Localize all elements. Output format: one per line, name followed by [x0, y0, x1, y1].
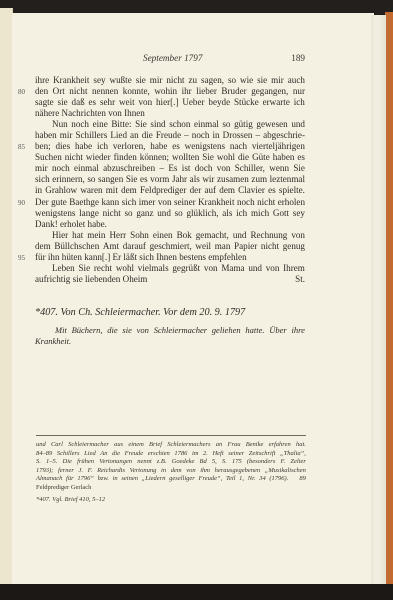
word: geliehen — [212, 325, 241, 336]
word: wenigstens — [185, 141, 225, 152]
word: Sie — [202, 152, 214, 163]
running-title: September 1797 — [143, 53, 202, 63]
word: nicht — [257, 197, 275, 208]
word: Freude — [156, 130, 181, 141]
word: Vertonung — [130, 467, 157, 476]
word: nennt — [137, 458, 151, 467]
word: wenn — [269, 163, 289, 174]
word: Ihrem — [283, 263, 305, 274]
word: 89 — [299, 475, 306, 484]
word: S. — [36, 458, 41, 467]
word: „Liedern — [142, 475, 166, 484]
word: finden — [114, 152, 137, 163]
word: Ort — [53, 86, 65, 97]
word: Gott — [273, 208, 289, 219]
word: einmal — [194, 119, 219, 130]
closing-line: aufrichtig sie liebenden OheimSt. — [35, 274, 305, 285]
text-line: wenigstenslangenichtsoganzundsoglüklich,… — [35, 208, 305, 219]
word: sie — [257, 75, 267, 86]
word: Bitte: — [111, 119, 131, 130]
word: Grahlow — [45, 185, 77, 196]
word: es — [172, 141, 180, 152]
word: Freude“, — [199, 475, 223, 484]
word: (1796). — [269, 475, 288, 484]
line-number: 95 — [18, 253, 25, 264]
word: noch — [71, 119, 89, 130]
word: seiner — [174, 197, 196, 208]
word: Sie — [126, 174, 138, 185]
word: schon — [169, 119, 190, 130]
word: spielte. — [279, 185, 305, 196]
entry-description-line: Krankheit. — [35, 336, 305, 347]
word: vielmals — [138, 263, 169, 274]
text-line: sicherinnern,sosangenSieesvormJahralswir… — [35, 174, 305, 185]
word: an — [130, 130, 139, 141]
word: sich — [35, 174, 50, 185]
word: mir — [60, 130, 73, 141]
word: Die — [63, 458, 72, 467]
word: es — [89, 97, 97, 108]
word: Bruder — [221, 86, 246, 97]
word: gegrüßt — [172, 263, 200, 274]
word: Schiller, — [235, 163, 265, 174]
word: nicht — [65, 152, 83, 163]
word: gute — [51, 197, 67, 208]
text-line: nähere Nachrichten von Ihnen — [35, 108, 305, 119]
word: Heft — [212, 450, 223, 459]
word: so — [175, 208, 183, 219]
word: z.B. — [157, 458, 167, 467]
word: sehr — [100, 97, 115, 108]
word: hier[.] — [156, 97, 178, 108]
word: und — [36, 441, 46, 450]
text-line: 95für ihn hüten kann[.] Er läßt sich Ihn… — [35, 252, 305, 263]
word: Büchern, — [72, 325, 103, 336]
word: gütig — [234, 119, 253, 130]
word: lange — [79, 208, 99, 219]
word: ich — [97, 141, 108, 152]
word: an — [216, 441, 223, 450]
word: Mit — [55, 325, 67, 336]
word: noch — [237, 197, 255, 208]
word: 1793); — [36, 467, 53, 476]
word: waren — [80, 185, 102, 196]
text-line: 85ben;dieshabeichverloren,habeeswenigste… — [35, 141, 305, 152]
word: 1796“ — [77, 475, 94, 484]
word: von — [217, 163, 231, 174]
word: „Musikalischen — [265, 467, 306, 476]
word: zusamen — [217, 174, 249, 185]
word: es — [297, 152, 305, 163]
word: Schleiermachers — [167, 441, 210, 450]
closing-text: aufrichtig sie liebenden Oheim — [35, 274, 147, 285]
word: sagte — [35, 97, 54, 108]
word: habe — [75, 141, 92, 152]
word: 34 — [259, 475, 266, 484]
word: von — [186, 467, 195, 476]
text-line: habenmirSchillersLiedandieFreude–nochinD… — [35, 130, 305, 141]
word: weil — [195, 241, 211, 252]
word: Bd — [200, 458, 207, 467]
footnote-line: 1793);fernerJ.F.ReichardtsVertonungindem… — [36, 467, 306, 476]
word: F. — [281, 458, 286, 467]
word: von — [266, 263, 280, 274]
word: gewesen — [256, 119, 287, 130]
word: leztenmal — [270, 174, 305, 185]
word: Clavier — [238, 185, 265, 196]
word: wieder — [86, 152, 111, 163]
word: Hier — [52, 230, 68, 241]
word: einmal — [74, 163, 99, 174]
word: sey — [93, 75, 105, 86]
word: Krankheit — [53, 75, 89, 86]
word: sey — [293, 208, 305, 219]
word: Suchen — [35, 152, 62, 163]
word: so — [228, 75, 236, 86]
word: mit — [106, 185, 118, 196]
entry-heading: *407. Von Ch. Schleiermacher. Vor dem 20… — [35, 307, 245, 318]
word: mir — [35, 163, 48, 174]
word: eine — [93, 119, 108, 130]
word: Vertonungen — [99, 458, 132, 467]
word: erwarte — [263, 97, 290, 108]
word: Herr — [109, 230, 126, 241]
word: Der — [35, 197, 49, 208]
footnote-line: S.1–5.DiefrühenVertonungennenntz.B.Goede… — [36, 458, 306, 467]
word: einem — [128, 441, 144, 450]
word: wohl — [116, 263, 134, 274]
word: als — [222, 208, 232, 219]
footnote-line: 84–89SchillersLiedAndieFreudeerschien178… — [36, 450, 306, 459]
entry-description-line: MitBüchern,diesievonSchleiermachergelieh… — [35, 325, 305, 336]
book-cover-edge — [385, 12, 393, 587]
word: Güte — [252, 152, 270, 163]
word: 5, — [212, 458, 217, 467]
word: nicht — [166, 75, 184, 86]
word: Jahr — [172, 174, 187, 185]
word: Büllchschen — [54, 241, 99, 252]
word: aus — [114, 441, 123, 450]
word: Brief — [149, 441, 162, 450]
word: darauf — [123, 241, 146, 252]
word: in — [35, 185, 42, 196]
word: die — [238, 152, 249, 163]
word: man — [215, 241, 231, 252]
word: wohin — [154, 86, 177, 97]
word: ben; — [35, 141, 51, 152]
word: Drossen — [223, 130, 253, 141]
word: wollten — [172, 152, 199, 163]
word: ist — [182, 163, 191, 174]
word: Mama — [221, 263, 244, 274]
word: so — [87, 174, 95, 185]
word: Goedeke — [172, 458, 195, 467]
word: geselliger — [169, 475, 195, 484]
text-line: 80denOrtnichtnennenkonnte,wohinihrlieber… — [35, 86, 305, 97]
word: Rechnung — [250, 230, 287, 241]
word: dies — [55, 141, 70, 152]
word: Zelter — [290, 458, 306, 467]
text-line: sagtesiedaßessehrweitvonhier[.]Ueberbeyd… — [35, 97, 305, 108]
word: ihre — [35, 75, 49, 86]
line-number: 90 — [18, 198, 25, 209]
word: Nun — [52, 119, 68, 130]
word: abzuschreiben — [103, 163, 155, 174]
text-line: Dank! erholet habe. — [35, 219, 305, 230]
word: konnte, — [123, 86, 150, 97]
word: ihre — [292, 325, 305, 336]
word: von — [137, 325, 149, 336]
word: in — [161, 467, 166, 476]
word: auch — [288, 75, 305, 86]
entry-description: MitBüchern,diesievonSchleiermachergelieh… — [35, 325, 305, 347]
word: und — [233, 230, 247, 241]
word: Über — [269, 325, 286, 336]
word: nur — [293, 86, 305, 97]
word: Lied — [84, 450, 96, 459]
word: sich — [122, 197, 137, 208]
word: Frau — [227, 441, 240, 450]
word: erholen — [278, 197, 305, 208]
footnote-rule — [36, 435, 306, 436]
word: mir — [150, 75, 163, 86]
text-line: LebenSierechtwohlvielmalsgegrüßtvonMamau… — [35, 263, 305, 274]
word: gegangen, — [251, 86, 288, 97]
word: wie — [240, 75, 253, 86]
word: erinnern, — [52, 174, 85, 185]
word: Schleiermacher — [68, 441, 109, 450]
word: für — [66, 475, 74, 484]
word: recht — [94, 263, 112, 274]
word: doch — [195, 163, 213, 174]
word: können; — [140, 152, 169, 163]
word: dem — [171, 467, 182, 476]
word: wir — [202, 174, 214, 185]
signature: St. — [295, 274, 305, 285]
word: ich — [294, 97, 305, 108]
word: Teil — [226, 475, 236, 484]
word: von — [139, 97, 153, 108]
word: haben — [273, 152, 295, 163]
word: – — [184, 130, 189, 141]
word: zu — [188, 75, 197, 86]
footnote-line: Almanachfür1796“bzw.inseinen„Liederngese… — [36, 475, 306, 484]
footnote-line: undCarlSchleiermacherauseinemBriefSchlei… — [36, 441, 306, 450]
word: 1786 — [174, 450, 187, 459]
word: und — [291, 119, 305, 130]
word: Lied — [110, 130, 127, 141]
text-line: inGrahlowwarenmitdemFeldpredigerderaufde… — [35, 185, 305, 196]
word: die — [107, 325, 117, 336]
word: seiner — [228, 450, 244, 459]
word: Nr. — [248, 475, 256, 484]
word: Sohn — [130, 230, 149, 241]
footnote-line: Feldprediger Gerlach — [36, 484, 306, 493]
word: Feldprediger — [140, 185, 186, 196]
word: Carl — [51, 441, 63, 450]
text-line: HierhatmeinHerrSohneinenBokgemacht,undRe… — [35, 230, 305, 241]
word: der — [190, 185, 202, 196]
word: dem — [35, 241, 51, 252]
word: kann — [101, 197, 119, 208]
text-line: mirnocheinmalabzuschreiben–EsistdochvonS… — [35, 163, 305, 174]
letter-body: ihreKrankheitseywußtesiemirnichtzusagen,… — [35, 75, 305, 285]
word: so — [222, 119, 230, 130]
word: sangen — [98, 174, 123, 185]
word: Ueber — [182, 97, 204, 108]
word: erschien — [148, 450, 170, 459]
word: als — [190, 174, 200, 185]
word: S. — [222, 458, 227, 467]
word: 175 — [232, 458, 242, 467]
word: – — [255, 130, 260, 141]
word: seinen — [121, 475, 138, 484]
word: F. — [88, 467, 93, 476]
word: mich — [251, 208, 269, 219]
word: verloren, — [113, 141, 146, 152]
word: vierteljährigen — [252, 141, 305, 152]
word: An — [100, 450, 107, 459]
word: Sie — [135, 119, 147, 130]
word: beyde — [208, 97, 230, 108]
word: daß — [72, 97, 85, 108]
word: (besonders — [247, 458, 276, 467]
word: nicht — [261, 241, 279, 252]
line-text: Dank! erholet habe. — [35, 219, 107, 230]
word: von — [291, 230, 305, 241]
text-line: Suchennichtwiederfindenkönnen;wolltenSie… — [35, 152, 305, 163]
word: auf — [204, 185, 216, 196]
word: Benike — [246, 441, 264, 450]
word: noch — [192, 130, 210, 141]
text-line: demBüllchschenAmtdaraufgeschmiert,weilma… — [35, 241, 305, 252]
word: genug — [283, 241, 305, 252]
word: Sie — [79, 263, 91, 274]
word: – — [159, 163, 164, 174]
word: Almanach — [36, 475, 62, 484]
word: sie — [58, 97, 68, 108]
word: weit — [119, 97, 135, 108]
word: lieber — [196, 86, 217, 97]
word: nicht — [69, 86, 87, 97]
word: Leben — [52, 263, 75, 274]
word: J. — [79, 467, 84, 476]
word: imer — [139, 197, 156, 208]
word: und — [157, 208, 171, 219]
word: geschmiert, — [150, 241, 192, 252]
text-line: 90DerguteBaethgekannsichimervonseinerKra… — [35, 197, 305, 208]
word: ich — [236, 208, 247, 219]
word: gemacht, — [196, 230, 229, 241]
word: von — [158, 197, 172, 208]
line-number: 85 — [18, 142, 25, 153]
word: Amt — [103, 241, 119, 252]
word: Papier — [234, 241, 257, 252]
line-text: nähere Nachrichten von Ihnen — [35, 108, 145, 119]
word: hat. — [296, 441, 306, 450]
word: glüklich, — [186, 208, 218, 219]
word: Krankheit — [198, 197, 234, 208]
word: Schillers — [75, 130, 107, 141]
word: wohl — [217, 152, 235, 163]
running-header: September 1797 189 — [35, 53, 305, 65]
entry-note: *407. Vgl. Brief 410, 5–12 — [36, 496, 306, 505]
line-text: für ihn hüten kann[.] Er läßt sich Ihnen… — [35, 252, 247, 263]
word: wenigstens — [35, 208, 75, 219]
word: Es — [168, 163, 177, 174]
word: in — [213, 130, 220, 141]
word: von — [204, 263, 218, 274]
word: haben — [35, 130, 57, 141]
word: Schillers — [57, 450, 80, 459]
word: sie — [122, 325, 131, 336]
word: die — [142, 130, 153, 141]
text-line: ihreKrankheitseywußtesiemirnichtzusagen,… — [35, 75, 305, 86]
word: mein — [87, 230, 105, 241]
word: die — [112, 450, 120, 459]
word: Bok — [177, 230, 192, 241]
word: im — [192, 450, 199, 459]
word: Freude — [125, 450, 144, 459]
word: 2. — [203, 450, 208, 459]
word: erfahren — [269, 441, 291, 450]
word: frühen — [77, 458, 94, 467]
word: hat — [72, 230, 83, 241]
word: nennen — [92, 86, 118, 97]
word: dem — [219, 185, 235, 196]
word: nach — [230, 141, 247, 152]
word: herausgegebenen — [215, 467, 260, 476]
word: habe — [150, 141, 167, 152]
word: Reichardts — [97, 467, 125, 476]
background-top — [0, 0, 393, 14]
word: sie — [136, 75, 146, 86]
word: ganz — [136, 208, 153, 219]
word: „Thalia“, — [280, 450, 306, 459]
word: Schleiermacher — [154, 325, 207, 336]
word: den — [35, 86, 48, 97]
footnotes: undCarlSchleiermacherauseinemBriefSchlei… — [36, 441, 306, 505]
word: 1, — [239, 475, 244, 484]
word: sind — [150, 119, 165, 130]
word: zum — [251, 174, 267, 185]
word: dem — [121, 185, 137, 196]
word: mir — [271, 75, 284, 86]
word: sagen, — [201, 75, 224, 86]
word: bzw. — [98, 475, 109, 484]
word: Stücke — [234, 97, 259, 108]
line-number: 80 — [18, 87, 25, 98]
background-bottom — [0, 584, 393, 600]
word: 1–5. — [46, 458, 57, 467]
page-fore-edge — [371, 15, 386, 585]
word: noch — [52, 163, 70, 174]
word: einen — [153, 230, 173, 241]
word: es — [140, 174, 148, 185]
word: so — [125, 208, 133, 219]
word: ihr — [182, 86, 192, 97]
text-line: NunnocheineBitte:Siesindschoneinmalsogüt… — [35, 119, 305, 130]
word: Baethge — [69, 197, 99, 208]
word: es — [268, 185, 276, 196]
word: 84–89 — [36, 450, 52, 459]
word: Sie — [293, 163, 305, 174]
word: nicht — [103, 208, 121, 219]
page-number: 189 — [291, 53, 305, 63]
word: vorm — [150, 174, 169, 185]
word: in — [113, 475, 118, 484]
word: ferner — [58, 467, 74, 476]
